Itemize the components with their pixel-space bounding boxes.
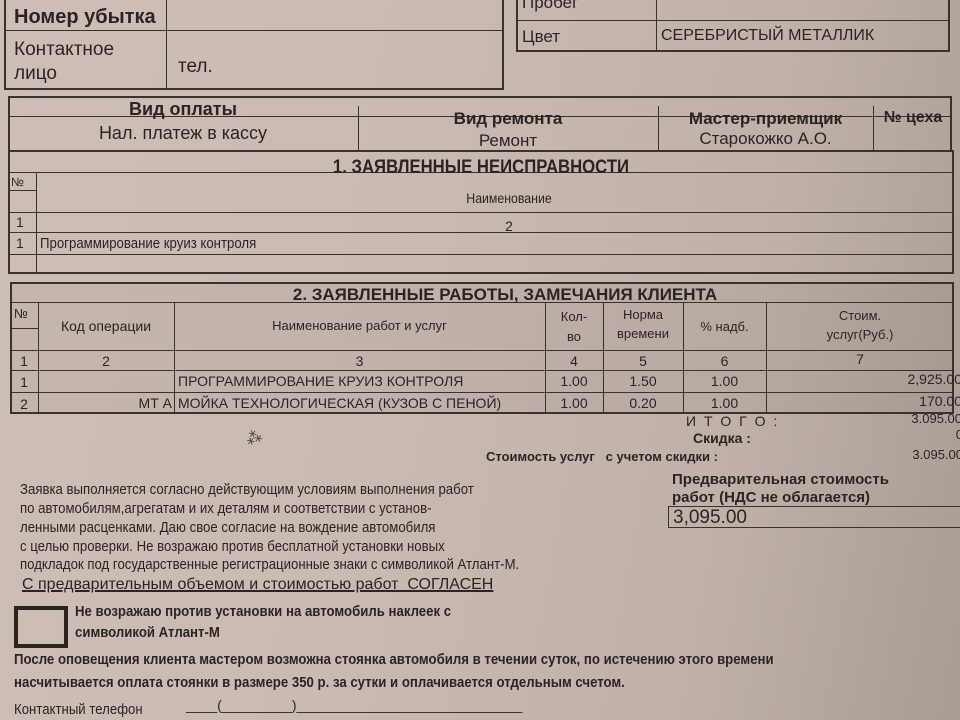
- contact-phone-field[interactable]: ____(_________)_________________________…: [186, 698, 522, 712]
- receiver-header: Мастер-приемщик: [658, 110, 873, 127]
- payment-type-header: Вид оплаты: [8, 100, 358, 118]
- sticker-consent-checkbox[interactable]: [14, 606, 68, 648]
- section2-col-cost-1: Стоим.: [766, 309, 954, 322]
- phone-label: тел.: [178, 57, 213, 76]
- loss-number-label: Номер убытка: [14, 7, 156, 27]
- terms-line-4: с целью проверки. Не возражаю против бес…: [20, 539, 445, 554]
- total-value: 3.095.00: [780, 412, 960, 425]
- section2-col-code: Код операции: [38, 319, 174, 333]
- row-name: МОЙКА ТЕХНОЛОГИЧЕСКАЯ (КУЗОВ С ПЕНОЙ): [178, 396, 501, 410]
- parking-notice-line-1: После оповещения клиента мастером возмож…: [14, 652, 774, 667]
- section2-index-2: 2: [38, 354, 174, 368]
- row-name: ПРОГРАММИРОВАНИЕ КРУИЗ КОНТРОЛЯ: [178, 374, 463, 388]
- section2-col-no: №: [14, 307, 28, 320]
- sticker-consent-line-1: Не возражаю против установки на автомоби…: [75, 604, 451, 619]
- divider: [10, 350, 954, 351]
- divider: [8, 254, 954, 255]
- terms-line-2: по автомобилям,агрегатам и их деталям и …: [20, 501, 431, 516]
- terms-line-5: подкладок под государственные регистраци…: [20, 557, 519, 572]
- payment-type-value: Нал. платеж в кассу: [8, 124, 358, 142]
- divider: [8, 190, 36, 191]
- loss-number-field[interactable]: [176, 7, 496, 27]
- row-norm: 0.20: [603, 396, 683, 410]
- section1-row-no: 1: [16, 236, 24, 250]
- divider: [166, 0, 167, 90]
- section1-index-no: 1: [16, 215, 24, 229]
- row-qty: 1.00: [545, 396, 603, 410]
- discount-label: Скидка :: [693, 431, 751, 445]
- terms-line-3: ленными расценками. Даю свое согласие на…: [20, 520, 435, 535]
- section2-index-1: 1: [10, 354, 38, 368]
- terms-line-1: Заявка выполняется согласно действующим …: [20, 482, 474, 497]
- sticker-consent-line-2: символикой Атлант-М: [75, 625, 220, 640]
- color-label: Цвет: [522, 28, 560, 45]
- section2-index-3: 3: [174, 354, 545, 368]
- repair-type-value: Ремонт: [358, 132, 658, 149]
- discount-value: 0: [780, 428, 960, 441]
- repair-type-header: Вид ремонта: [358, 110, 658, 127]
- contact-phone-label: Контактный телефон: [14, 702, 143, 717]
- section2-col-norm-1: Норма: [603, 308, 683, 321]
- mileage-field[interactable]: [664, 0, 944, 12]
- row-cost: 2,925.00: [766, 372, 960, 386]
- divider: [656, 0, 657, 52]
- estimate-label-1: Предварительная стоимость: [672, 472, 889, 487]
- section1-col-name: Наименование: [93, 191, 925, 205]
- workshop-header: № цеха: [873, 110, 953, 126]
- discounted-label: Стоимость услуг с учетом скидки :: [486, 450, 718, 463]
- row-qty: 1.00: [545, 374, 603, 388]
- row-norm: 1.50: [603, 374, 683, 388]
- agreement-statement: С предварительным объемом и стоимостью р…: [22, 577, 493, 593]
- section1-col-no: №: [11, 176, 24, 188]
- section2-index-5: 5: [603, 354, 683, 368]
- divider: [10, 370, 954, 371]
- section1-index-name: 2: [36, 219, 960, 233]
- section2-index-6: 6: [683, 354, 766, 368]
- section2-col-name: Наименование работ и услуг: [174, 319, 545, 332]
- section1-title: 1. ЗАЯВЛЕННЫЕ НЕИСПРАВНОСТИ: [65, 158, 897, 177]
- contact-person-label-2: лицо: [14, 64, 57, 83]
- section2-index-7: 7: [766, 352, 954, 366]
- color-value: СЕРЕБРИСТЫЙ МЕТАЛЛИК: [661, 28, 874, 44]
- row-markup: 1.00: [683, 396, 766, 410]
- estimate-value: 3,095.00: [673, 508, 747, 527]
- discounted-value: 3.095.00: [780, 448, 960, 461]
- section2-col-markup: % надб.: [683, 320, 766, 333]
- divider: [8, 212, 954, 213]
- section2-col-qty-2: во: [545, 330, 603, 343]
- total-label: И Т О Г О :: [686, 414, 779, 428]
- section1-row-name: Программирование круиз контроля: [40, 236, 256, 251]
- ink-smudge: ⁂: [243, 426, 265, 450]
- row-markup: 1.00: [683, 374, 766, 388]
- receiver-value: Старокожко А.О.: [658, 130, 873, 147]
- contact-person-label-1: Контактное: [14, 40, 114, 59]
- divider: [4, 30, 504, 31]
- divider: [516, 20, 950, 21]
- divider: [10, 392, 954, 393]
- row-cost: 170.00: [766, 394, 960, 408]
- row-code: МТ А: [38, 396, 172, 410]
- parking-notice-line-2: насчитывается оплата стоянки в размере 3…: [14, 675, 625, 690]
- section2-col-norm-2: времени: [603, 327, 683, 340]
- section2-index-4: 4: [545, 354, 603, 368]
- divider: [10, 328, 38, 329]
- row-no: 1: [10, 375, 38, 389]
- estimate-label-2: работ (НДС не облагается): [672, 490, 870, 505]
- section2-col-cost-2: услуг(Руб.): [766, 328, 954, 341]
- section2-col-qty-1: Кол-: [545, 310, 603, 323]
- mileage-label: Пробег: [522, 0, 578, 11]
- section2-title: 2. ЗАЯВЛЕННЫЕ РАБОТЫ, ЗАМЕЧАНИЯ КЛИЕНТА: [10, 286, 960, 303]
- row-no: 2: [10, 397, 38, 411]
